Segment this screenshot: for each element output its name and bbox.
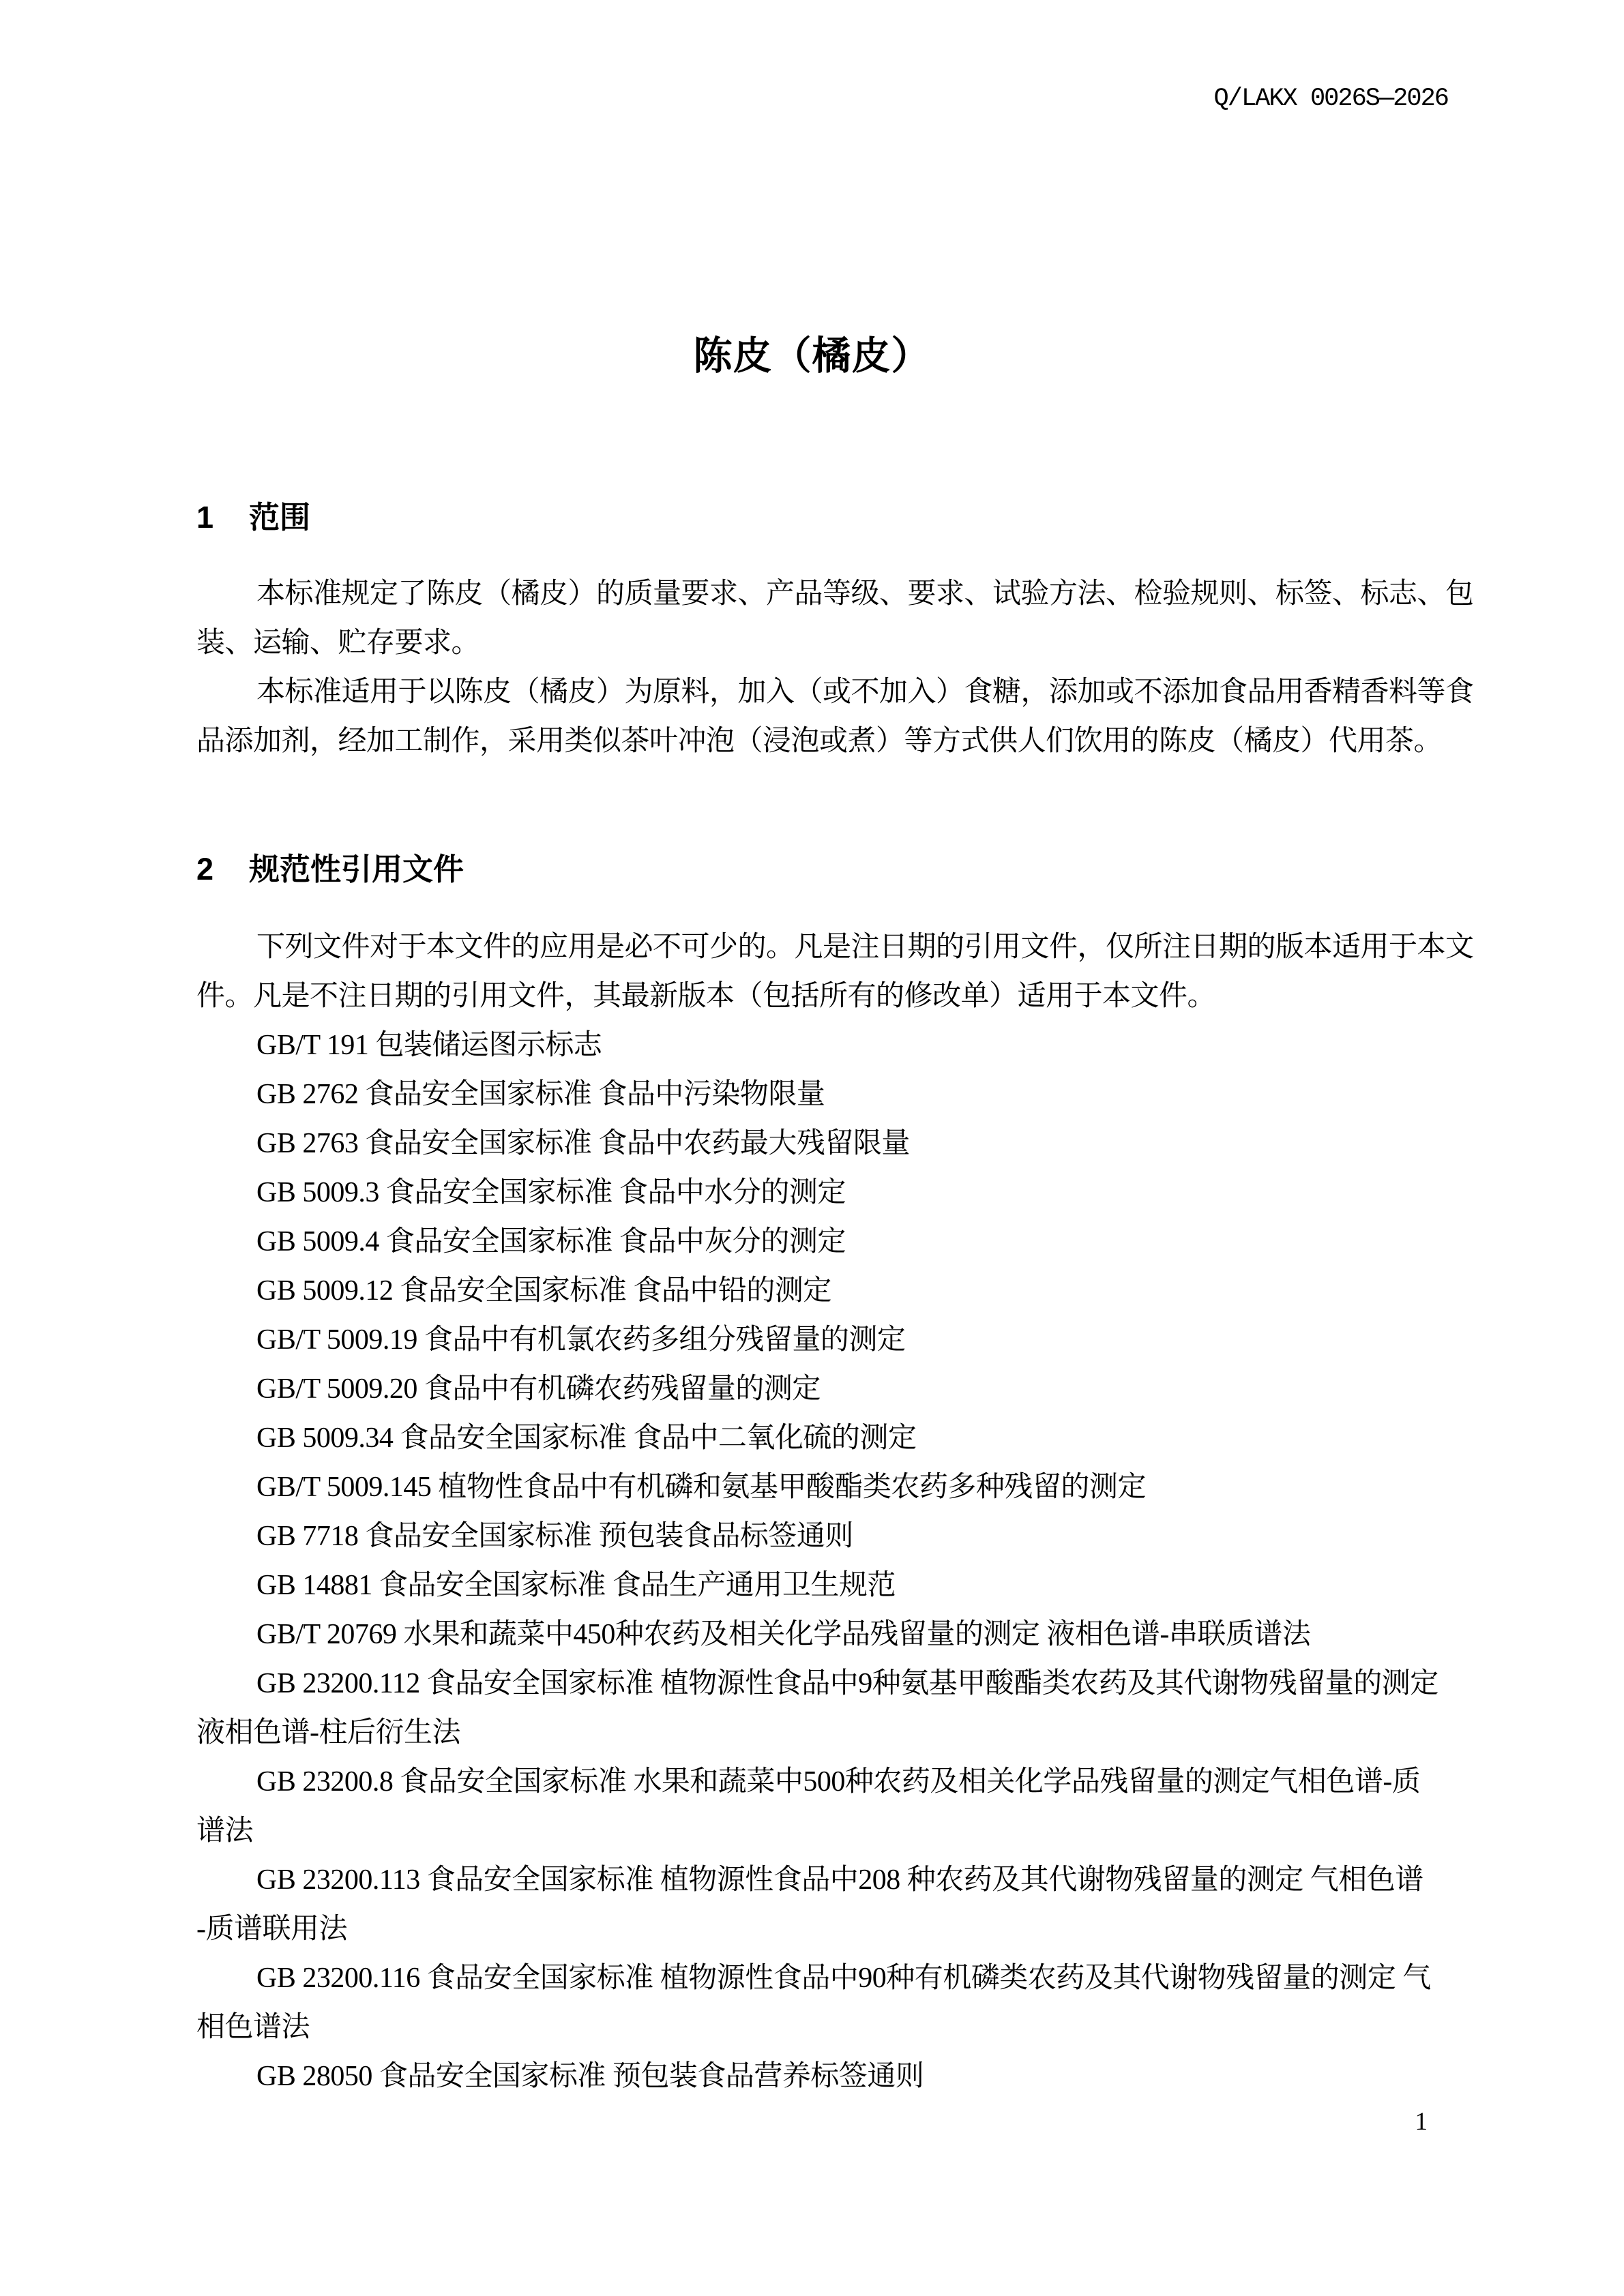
standard-code-header: Q/LAKX 0026S—2026 bbox=[1214, 85, 1448, 113]
reference-line: 谱法 bbox=[196, 1806, 1482, 1855]
normative-intro-paragraph: 下列文件对于本文件的应用是必不可少的。凡是注日期的引用文件，仅所注日期的版本适用… bbox=[196, 923, 1482, 1021]
section-1-title: 范围 bbox=[249, 500, 310, 535]
scope-text-line: 品添加剂，经加工制作，采用类似茶叶冲泡（浸泡或煮）等方式供人们饮用的陈皮（橘皮）… bbox=[196, 717, 1482, 766]
reference-line: GB 14881 食品安全国家标准 食品生产通用卫生规范 bbox=[196, 1561, 1482, 1610]
reference-line: GB 23200.112 食品安全国家标准 植物源性食品中9种氨基甲酸酯类农药及… bbox=[196, 1659, 1482, 1708]
reference-line: -质谱联用法 bbox=[196, 1905, 1482, 1954]
reference-line: GB 5009.12 食品安全国家标准 食品中铅的测定 bbox=[196, 1266, 1482, 1315]
reference-line: GB 5009.4 食品安全国家标准 食品中灰分的测定 bbox=[196, 1217, 1482, 1266]
reference-line: GB 2763 食品安全国家标准 食品中农药最大残留限量 bbox=[196, 1119, 1482, 1168]
scope-paragraphs: 本标准规定了陈皮（橘皮）的质量要求、产品等级、要求、试验方法、检验规则、标签、标… bbox=[196, 569, 1482, 766]
page-number: 1 bbox=[1415, 2107, 1428, 2137]
reference-line: GB 28050 食品安全国家标准 预包装食品营养标签通则 bbox=[196, 2052, 1482, 2101]
normative-reference-list: GB/T 191 包装储运图示标志GB 2762 食品安全国家标准 食品中污染物… bbox=[196, 1021, 1482, 2101]
reference-line: GB 23200.116 食品安全国家标准 植物源性食品中90种有机磷类农药及其… bbox=[196, 1954, 1482, 2003]
reference-line: GB/T 5009.19 食品中有机氯农药多组分残留量的测定 bbox=[196, 1315, 1482, 1365]
section-2-title: 规范性引用文件 bbox=[249, 852, 464, 886]
scope-text-line: 本标准适用于以陈皮（橘皮）为原料，加入（或不加入）食糖，添加或不添加食品用香精香… bbox=[196, 668, 1482, 717]
reference-line: 相色谱法 bbox=[196, 2003, 1482, 2052]
normative-intro-line: 件。凡是不注日期的引用文件，其最新版本（包括所有的修改单）适用于本文件。 bbox=[196, 972, 1482, 1021]
scope-text-line: 本标准规定了陈皮（橘皮）的质量要求、产品等级、要求、试验方法、检验规则、标签、标… bbox=[196, 569, 1482, 618]
normative-intro-line: 下列文件对于本文件的应用是必不可少的。凡是注日期的引用文件，仅所注日期的版本适用… bbox=[196, 923, 1482, 972]
reference-line: GB 23200.8 食品安全国家标准 水果和蔬菜中500种农药及相关化学品残留… bbox=[196, 1757, 1482, 1806]
reference-line: GB 7718 食品安全国家标准 预包装食品标签通则 bbox=[196, 1512, 1482, 1561]
standard-document-page: Q/LAKX 0026S—2026 陈皮（橘皮） 1范围 本标准规定了陈皮（橘皮… bbox=[0, 0, 1624, 2296]
document-body: 1范围 本标准规定了陈皮（橘皮）的质量要求、产品等级、要求、试验方法、检验规则、… bbox=[196, 493, 1482, 2101]
reference-line: GB/T 5009.20 食品中有机磷农药残留量的测定 bbox=[196, 1365, 1482, 1414]
reference-line: GB/T 5009.145 植物性食品中有机磷和氨基甲酸酯类农药多种残留的测定 bbox=[196, 1463, 1482, 1512]
reference-line: GB 5009.34 食品安全国家标准 食品中二氧化硫的测定 bbox=[196, 1414, 1482, 1463]
document-title: 陈皮（橘皮） bbox=[0, 325, 1624, 381]
scope-text-line: 装、运输、贮存要求。 bbox=[196, 618, 1482, 668]
section-2-number: 2 bbox=[196, 845, 249, 894]
reference-line: GB/T 191 包装储运图示标志 bbox=[196, 1021, 1482, 1070]
reference-line: 液相色谱-柱后衍生法 bbox=[196, 1708, 1482, 1757]
reference-line: GB 23200.113 食品安全国家标准 植物源性食品中208 种农药及其代谢… bbox=[196, 1855, 1482, 1905]
section-1-number: 1 bbox=[196, 493, 249, 542]
reference-line: GB 5009.3 食品安全国家标准 食品中水分的测定 bbox=[196, 1168, 1482, 1217]
section-2-heading: 2规范性引用文件 bbox=[196, 845, 1482, 894]
reference-line: GB 2762 食品安全国家标准 食品中污染物限量 bbox=[196, 1070, 1482, 1119]
reference-line: GB/T 20769 水果和蔬菜中450种农药及相关化学品残留量的测定 液相色谱… bbox=[196, 1610, 1482, 1659]
section-1-heading: 1范围 bbox=[196, 493, 1482, 542]
